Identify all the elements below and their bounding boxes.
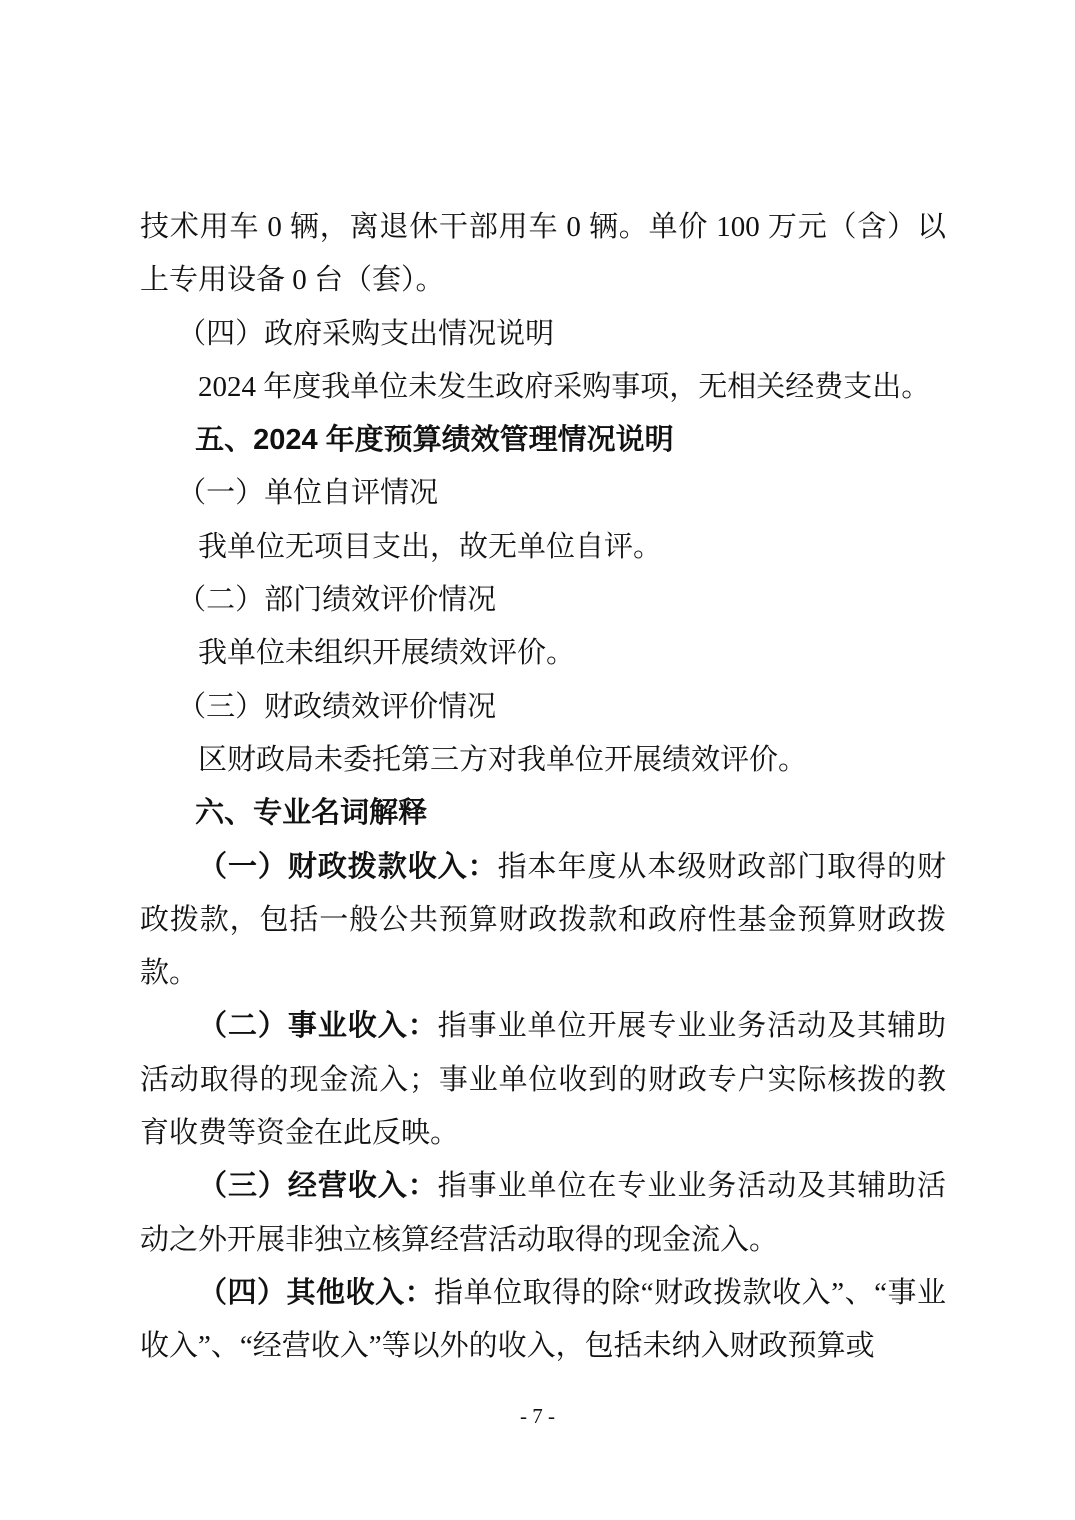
document-body: 技术用车 0 辆，离退休干部用车 0 辆。单价 100 万元（含）以上专用设备 … bbox=[140, 201, 946, 1374]
term-institutional-income-label: （二）事业收入： bbox=[198, 1010, 438, 1042]
heading-section6-glossary: 六、专业名词解释 bbox=[140, 787, 946, 840]
para-dept-eval: 我单位未组织开展绩效评价。 bbox=[140, 627, 946, 680]
page-number: - 7 - bbox=[0, 1404, 1075, 1428]
term-other-income-label: （四）其他收入： bbox=[198, 1277, 434, 1309]
term-operating-income: （三）经营收入：指事业单位在专业业务活动及其辅助活动之外开展非独立核算经营活动取… bbox=[140, 1160, 946, 1267]
heading-dept-eval: （二）部门绩效评价情况 bbox=[140, 574, 946, 627]
para-gov-procurement: 2024 年度我单位未发生政府采购事项，无相关经费支出。 bbox=[140, 361, 946, 414]
term-operating-income-label: （三）经营收入： bbox=[198, 1170, 438, 1202]
heading-gov-procurement: （四）政府采购支出情况说明 bbox=[140, 308, 946, 361]
heading-fiscal-eval: （三）财政绩效评价情况 bbox=[140, 681, 946, 734]
heading-section5-performance: 五、2024 年度预算绩效管理情况说明 bbox=[140, 414, 946, 467]
term-fiscal-appropriation-income-label: （一）财政拨款收入： bbox=[198, 851, 498, 883]
term-fiscal-appropriation-income: （一）财政拨款收入：指本年度从本级财政部门取得的财政拨款，包括一般公共预算财政拨… bbox=[140, 841, 946, 1001]
para-unit-self-eval: 我单位无项目支出，故无单位自评。 bbox=[140, 521, 946, 574]
term-institutional-income: （二）事业收入：指事业单位开展专业业务活动及其辅助活动取得的现金流入；事业单位收… bbox=[140, 1000, 946, 1160]
para-vehicles-equipment-continuation: 技术用车 0 辆，离退休干部用车 0 辆。单价 100 万元（含）以上专用设备 … bbox=[140, 201, 946, 308]
heading-unit-self-eval: （一）单位自评情况 bbox=[140, 467, 946, 520]
document-page: 技术用车 0 辆，离退休干部用车 0 辆。单价 100 万元（含）以上专用设备 … bbox=[0, 0, 1075, 1520]
para-fiscal-eval: 区财政局未委托第三方对我单位开展绩效评价。 bbox=[140, 734, 946, 787]
term-other-income: （四）其他收入：指单位取得的除“财政拨款收入”、“事业收入”、“经营收入”等以外… bbox=[140, 1267, 946, 1374]
